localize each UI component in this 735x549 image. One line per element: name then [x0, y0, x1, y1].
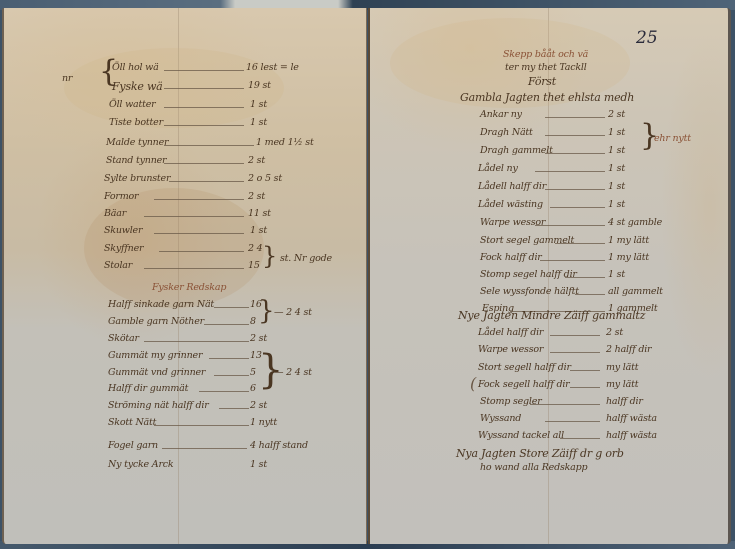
item-label: Lådel halff dir: [478, 328, 543, 338]
ledger-rule: [535, 225, 605, 226]
ledger-rule: [144, 216, 244, 217]
item-qty: 8: [250, 317, 256, 327]
item-label: Stomp segler: [480, 397, 542, 407]
item-label: Gummät vnd grinner: [108, 368, 205, 378]
ledger-rule: [162, 448, 247, 449]
item-label: Fyske wä: [112, 81, 163, 92]
item-label: Lådel ny: [478, 164, 518, 174]
ledger-rule: [214, 307, 249, 308]
item-qty: 11 st: [248, 209, 271, 219]
item-qty: 1 st: [608, 128, 625, 138]
ledger-rule: [555, 243, 605, 244]
ledger-rule: [545, 421, 600, 422]
item-qty: my lätt: [606, 380, 638, 390]
ledger-rule: [164, 70, 244, 71]
ledger-rule: [164, 163, 244, 164]
item-qty: 1 st: [608, 164, 625, 174]
item-label: Stolar: [104, 261, 132, 271]
item-qty: 1 my lätt: [608, 253, 649, 263]
item-qty: 6: [250, 384, 256, 394]
item-label: Wyssand tackel all: [478, 431, 564, 441]
page-number: 25: [636, 28, 658, 48]
item-label: Dragh Nätt: [480, 128, 533, 138]
item-qty: halff wästa: [606, 414, 657, 424]
item-label: Fock segell halff dir: [478, 380, 570, 390]
section-heading: Nye Jagten Mindre Zäiff gammaltz: [458, 310, 645, 321]
closing-line-1: Nya Jagten Store Zäiff dr g orb: [456, 448, 624, 459]
ledger-rule: [545, 117, 605, 118]
margin-mark: nr: [62, 74, 72, 84]
ledger-rule: [535, 171, 605, 172]
item-label: Ankar ny: [480, 110, 522, 120]
brace-note: st. Nr gode: [280, 254, 332, 264]
page-title-line-1: Skepp bååt och vä: [503, 50, 588, 60]
ledger-rule: [530, 404, 600, 405]
item-label: Wyssand: [480, 414, 521, 424]
left-page: nr { Öll hol wä 16 lest = le Fyske wä 19…: [2, 8, 367, 544]
ledger-rule: [169, 181, 244, 182]
item-label: Sylte brunster: [104, 174, 170, 184]
item-qty: halff dir: [606, 397, 643, 407]
item-qty: 15: [248, 261, 260, 271]
ledger-rule: [164, 125, 244, 126]
ledger-rule: [565, 277, 605, 278]
ledger-rule: [144, 268, 244, 269]
item-qty: 1 st: [250, 100, 267, 110]
ledger-rule: [144, 341, 249, 342]
item-qty: all gammelt: [608, 287, 663, 297]
ledger-rule: [219, 408, 249, 409]
item-qty: halff wästa: [606, 431, 657, 441]
item-qty: 1 st: [250, 460, 267, 470]
item-label: Ny tycke Arck: [108, 460, 173, 470]
ledger-rule: [164, 107, 244, 108]
item-qty: 2 halff dir: [606, 345, 651, 355]
ledger-rule: [575, 294, 605, 295]
item-label: Malde tynner: [106, 138, 168, 148]
ledger-rule: [545, 189, 605, 190]
item-qty: 1 my lätt: [608, 236, 649, 246]
item-label: Fogel garn: [108, 441, 158, 451]
brace-note: — 2 4 st: [274, 308, 312, 318]
ledger-rule: [570, 387, 600, 388]
item-qty: 1 nytt: [250, 418, 277, 428]
item-label: Skötar: [108, 334, 139, 344]
item-label: Halff dir gummät: [108, 384, 188, 394]
ledger-rule: [164, 145, 254, 146]
item-label: Stomp segel halff dir: [480, 270, 577, 280]
item-qty: 2 st: [606, 328, 623, 338]
item-label: Gamble garn Nöther: [108, 317, 204, 327]
ledger-rule: [199, 391, 249, 392]
item-qty: 1 st: [608, 182, 625, 192]
brace-note: ehr nytt: [654, 134, 691, 144]
item-label: Halff sinkade garn Nät: [108, 300, 214, 310]
item-label: Stort segell halff dir: [478, 363, 571, 373]
item-label: Warpe wessor: [478, 345, 543, 355]
item-qty: 1 st: [608, 270, 625, 280]
item-qty: 2 st: [608, 110, 625, 120]
item-qty: 2 4: [248, 244, 263, 254]
item-label: Skyffner: [104, 244, 143, 254]
ledger-rule: [570, 370, 600, 371]
ledger-rule: [209, 358, 249, 359]
right-brace: }: [258, 298, 275, 324]
item-qty: 1 st: [608, 200, 625, 210]
ledger-rule: [550, 352, 600, 353]
ledger-rule: [204, 324, 249, 325]
item-label: Warpe wessor: [480, 218, 545, 228]
right-brace: }: [262, 244, 277, 268]
item-label: Bäar: [104, 209, 126, 219]
item-qty: 2 st: [248, 192, 265, 202]
brace-note: — 2 4 st: [274, 368, 312, 378]
item-qty: 16 lest = le: [246, 63, 299, 73]
item-label: Fock halff dir: [480, 253, 542, 263]
section-heading: Gambla Jagten thet ehlsta medh: [460, 92, 634, 103]
item-label: Skuwler: [104, 226, 142, 236]
ledger-rule: [164, 88, 244, 89]
section-heading: Fysker Redskap: [152, 283, 226, 293]
closing-line-2: ho wand alla Redskapp: [480, 463, 587, 473]
item-label: Formor: [104, 192, 138, 202]
item-label: Dragh gammelt: [480, 146, 553, 156]
ledger-rule: [159, 251, 244, 252]
ledger-rule: [154, 233, 244, 234]
item-label: Gummät my grinner: [108, 351, 202, 361]
item-label: Stand tynner: [106, 156, 166, 166]
item-qty: 1 st: [608, 146, 625, 156]
item-label: Ströming nät halff dir: [108, 401, 209, 411]
item-label: Stort segel gammelt: [480, 236, 574, 246]
item-qty: 2 st: [248, 156, 265, 166]
ledger-rule: [545, 135, 605, 136]
item-qty: 1 st: [250, 118, 267, 128]
ledger-rule: [545, 153, 605, 154]
page-title-line-2: ter my thet Tackll: [505, 63, 587, 73]
ledger-rule: [550, 335, 600, 336]
ledger-rule: [540, 260, 605, 261]
item-label: Skott Nätt: [108, 418, 156, 428]
margin-circle-mark: (: [470, 376, 476, 392]
item-qty: 19 st: [248, 81, 271, 91]
item-qty: 1 st: [250, 226, 267, 236]
item-label: Öll watter: [109, 100, 155, 110]
item-qty: 5: [250, 368, 256, 378]
ledger-rule: [154, 425, 249, 426]
item-qty: 4 st gamble: [608, 218, 662, 228]
item-label: Lådell halff dir: [478, 182, 546, 192]
ledger-rule: [560, 438, 600, 439]
ledger-rule: [550, 207, 605, 208]
right-page: 25 Skepp bååt och vä ter my thet Tackll …: [368, 8, 731, 544]
item-label: Sele wyssfonde hälftt: [480, 287, 579, 297]
item-qty: 1 med 1½ st: [256, 138, 314, 148]
page-subtitle: Först: [528, 76, 556, 87]
ledger-rule: [154, 199, 244, 200]
item-label: Lådel wästing: [478, 200, 543, 210]
item-qty: my lätt: [606, 363, 638, 373]
item-qty: 2 o 5 st: [248, 174, 282, 184]
item-qty: 2 st: [250, 334, 267, 344]
item-label: Öll hol wä: [112, 63, 159, 73]
item-qty: 4 halff stand: [250, 441, 308, 451]
ledger-rule: [214, 375, 249, 376]
item-qty: 2 st: [250, 401, 267, 411]
item-label: Tiste botter: [109, 118, 163, 128]
